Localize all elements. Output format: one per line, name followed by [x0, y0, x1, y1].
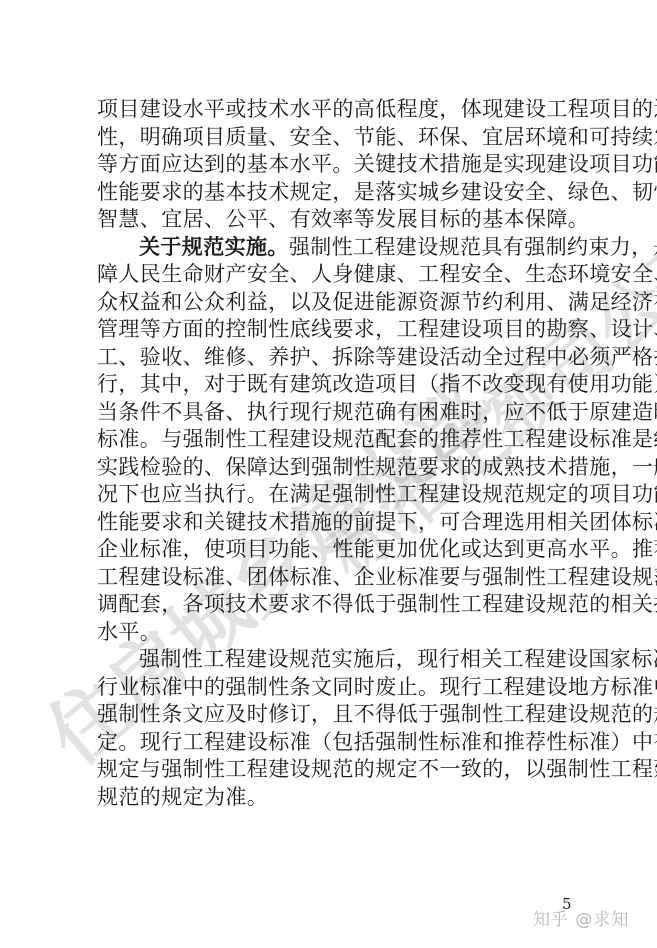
text-line: 障人民生命财产安全、人身健康、工程安全、生态环境安全、公	[97, 261, 585, 289]
text-line: 智慧、宜居、公平、有效率等发展目标的基本保障。	[97, 206, 585, 234]
text-line: 定。现行工程建设标准（包括强制性标准和推荐性标准）中有关	[97, 729, 585, 757]
text-line: 管理等方面的控制性底线要求，工程建设项目的勘察、设计、施	[97, 316, 585, 344]
text-line: 水平。	[97, 619, 585, 647]
text-line: 强制性条文应及时修订，且不得低于强制性工程建设规范的规	[97, 701, 585, 729]
text-line: 行，其中，对于既有建筑改造项目（指不改变现有使用功能），	[97, 371, 585, 399]
text-line: 性，明确项目质量、安全、节能、环保、宜居环境和可持续发展	[97, 124, 585, 152]
paragraph: 强制性工程建设规范实施后，现行相关工程建设国家标准、 行业标准中的强制性条文同时…	[97, 646, 585, 811]
text-line: 项目建设水平或技术水平的高低程度，体现建设工程项目的适用	[97, 96, 585, 124]
text-line: 当条件不具备、执行现行规范确有困难时，应不低于原建造时的	[97, 399, 585, 427]
text-line: 企业标准，使项目功能、性能更加优化或达到更高水平。推荐性	[97, 536, 585, 564]
document-page: 住房城乡建设部 标准定额司公开 项目建设水平或技术水平的高低程度，体现建设工程项…	[0, 0, 657, 948]
text-line: 标准。与强制性工程建设规范配套的推荐性工程建设标准是经过	[97, 426, 585, 454]
text-line: 强制性工程建设规范实施后，现行相关工程建设国家标准、	[97, 646, 585, 674]
text-line: 关于规范实施。强制性工程建设规范具有强制约束力，是保	[97, 234, 585, 262]
text-line: 实践检验的、保障达到强制性规范要求的成熟技术措施，一般情	[97, 454, 585, 482]
text-line: 性能要求的基本技术规定，是落实城乡建设安全、绿色、韧性、	[97, 179, 585, 207]
text-line: 性能要求和关键技术措施的前提下，可合理选用相关团体标准、	[97, 509, 585, 537]
section-lead-heading: 关于规范实施。	[139, 234, 289, 262]
text-line: 众权益和公众利益，以及促进能源资源节约利用、满足经济社会	[97, 289, 585, 317]
text-line: 调配套，各项技术要求不得低于强制性工程建设规范的相关技术	[97, 591, 585, 619]
text-line: 规定与强制性工程建设规范的规定不一致的，以强制性工程建设	[97, 756, 585, 784]
text-line: 工、验收、维修、养护、拆除等建设活动全过程中必须严格执	[97, 344, 585, 372]
text-line: 等方面应达到的基本水平。关键技术措施是实现建设项目功能、	[97, 151, 585, 179]
text-line: 行业标准中的强制性条文同时废止。现行工程建设地方标准中的	[97, 674, 585, 702]
text-line: 工程建设标准、团体标准、企业标准要与强制性工程建设规范协	[97, 564, 585, 592]
paragraph: 关于规范实施。强制性工程建设规范具有强制约束力，是保 障人民生命财产安全、人身健…	[97, 234, 585, 647]
paragraph: 项目建设水平或技术水平的高低程度，体现建设工程项目的适用 性，明确项目质量、安全…	[97, 96, 585, 234]
document-body: 项目建设水平或技术水平的高低程度，体现建设工程项目的适用 性，明确项目质量、安全…	[97, 96, 585, 811]
zhihu-watermark: 知乎 @求知	[533, 905, 629, 930]
text-segment: 强制性工程建设规范具有强制约束力，是保	[289, 234, 657, 262]
text-line: 况下也应当执行。在满足强制性工程建设规范规定的项目功能、	[97, 481, 585, 509]
text-line: 规范的规定为准。	[97, 784, 585, 812]
